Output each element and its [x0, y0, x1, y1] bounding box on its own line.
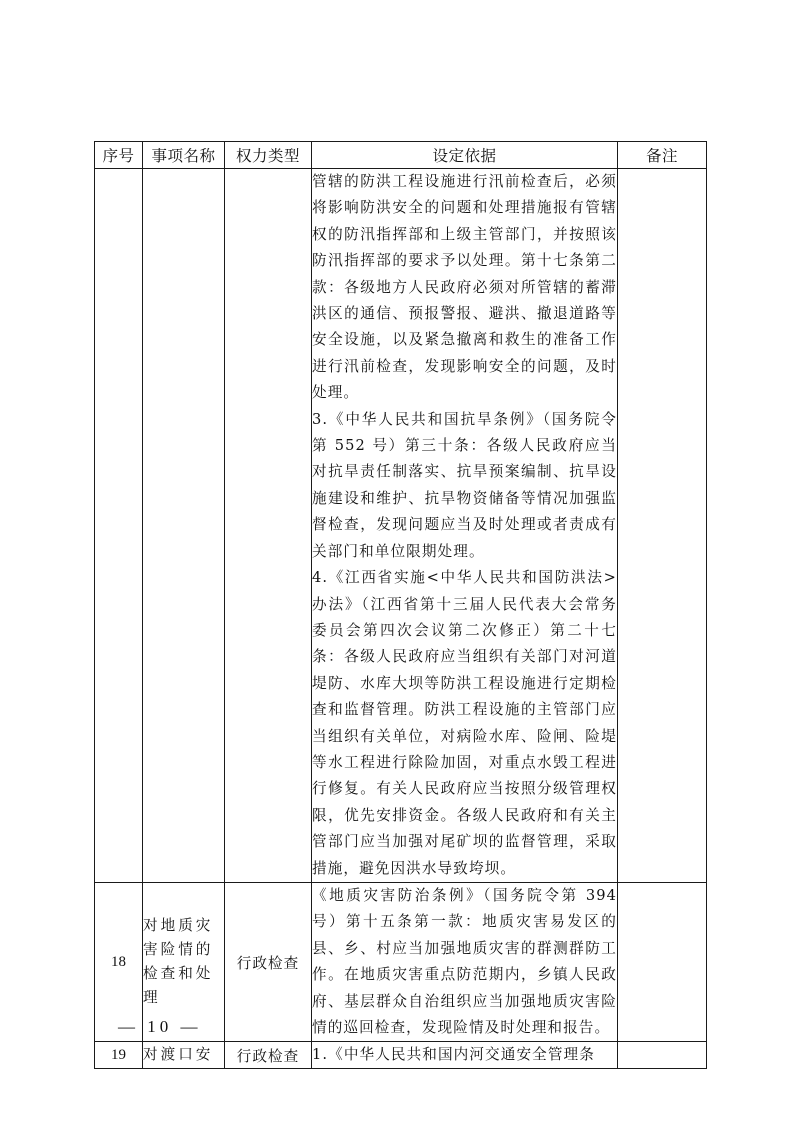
- cell-item-name: [143, 169, 225, 883]
- cell-power-type: 行政检查: [225, 1042, 312, 1069]
- basis-paragraph: 《地质灾害防治条例》（国务院令第 394 号）第十五条第一款：地质灾害易发区的县…: [312, 883, 617, 1041]
- cell-remark: [618, 1042, 707, 1069]
- cell-power-type: [225, 169, 312, 883]
- document-page: 序号 事项名称 权力类型 设定依据 备注 管辖的防洪工程设施进行汛前检查后，必须…: [0, 0, 793, 1122]
- cell-power-type: 行政检查: [225, 882, 312, 1041]
- table-header-row: 序号 事项名称 权力类型 设定依据 备注: [95, 142, 707, 169]
- header-seq: 序号: [95, 142, 143, 169]
- basis-paragraph: 4.《江西省实施<中华人民共和国防洪法>办法》（江西省第十三届人民代表大会常务委…: [312, 565, 617, 882]
- header-remark: 备注: [618, 142, 707, 169]
- cell-seq: 19: [95, 1042, 143, 1069]
- header-item-name: 事项名称: [143, 142, 225, 169]
- cell-seq: [95, 169, 143, 883]
- authority-list-table: 序号 事项名称 权力类型 设定依据 备注 管辖的防洪工程设施进行汛前检查后，必须…: [94, 141, 707, 1069]
- cell-legal-basis: 《地质灾害防治条例》（国务院令第 394 号）第十五条第一款：地质灾害易发区的县…: [312, 882, 618, 1041]
- basis-paragraph: 管辖的防洪工程设施进行汛前检查后，必须将影响防洪安全的问题和处理措施报有管辖权的…: [312, 169, 617, 407]
- cell-item-name: 对渡口安: [143, 1042, 225, 1069]
- table-row-continued: 管辖的防洪工程设施进行汛前检查后，必须将影响防洪安全的问题和处理措施报有管辖权的…: [95, 169, 707, 883]
- table-row: 19 对渡口安 行政检查 1.《中华人民共和国内河交通安全管理条: [95, 1042, 707, 1069]
- cell-legal-basis: 1.《中华人民共和国内河交通安全管理条: [312, 1042, 618, 1069]
- cell-remark: [618, 882, 707, 1041]
- basis-paragraph: 1.《中华人民共和国内河交通安全管理条: [312, 1042, 617, 1068]
- header-power-type: 权力类型: [225, 142, 312, 169]
- cell-remark: [618, 169, 707, 883]
- basis-paragraph: 3.《中华人民共和国抗旱条例》（国务院令第 552 号）第三十条：各级人民政府应…: [312, 407, 617, 565]
- header-legal-basis: 设定依据: [312, 142, 618, 169]
- cell-legal-basis: 管辖的防洪工程设施进行汛前检查后，必须将影响防洪安全的问题和处理措施报有管辖权的…: [312, 169, 618, 883]
- page-number: — 10 —: [118, 1017, 202, 1037]
